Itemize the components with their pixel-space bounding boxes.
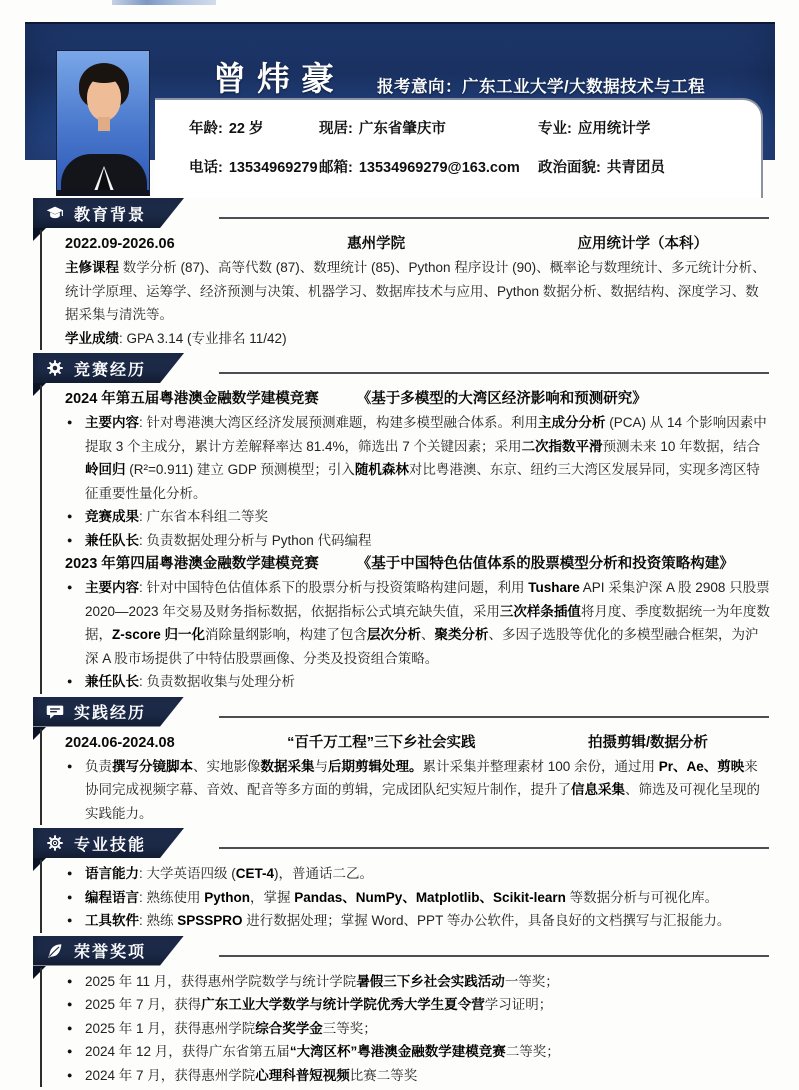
section-left-rule	[40, 968, 42, 1088]
info-phone-value: 13534969279	[229, 160, 318, 176]
section-rule	[219, 716, 769, 718]
list-item: 负责撰写分镜脚本、实地影像数据采集与后期剪辑处理。累计采集并整理素材 100 余…	[65, 755, 770, 826]
section-header-row: 实践经历	[33, 697, 770, 727]
education-courses: 主修课程 数学分析 (87)、高等代数 (87)、数理统计 (85)、Pytho…	[65, 256, 770, 327]
section-header-row: 荣誉奖项	[33, 936, 770, 966]
person-name: 曾炜豪	[213, 53, 345, 100]
chat-bubble-icon	[46, 703, 64, 721]
info-age: 年龄:22 岁	[189, 118, 319, 140]
section-header-row: 专业技能	[33, 828, 770, 858]
section-rule	[219, 847, 769, 849]
info-email-value: 13534969279@163.com	[359, 160, 520, 176]
section-skills: 专业技能 语言能力: 大学英语四级 (CET-4)，普通话二乙。 编程语言: 熟…	[33, 828, 770, 936]
section-title: 实践经历	[74, 700, 146, 723]
competition-title-row: 2024 年第五届粤港澳金融数学建模竞赛 《基于多模型的大湾区经济影响和预测研究…	[65, 387, 770, 411]
section-title: 专业技能	[74, 832, 146, 855]
bullet-icon	[67, 862, 72, 886]
section-title: 教育背景	[74, 202, 146, 225]
section-title: 竞赛经历	[74, 357, 146, 380]
list-item: 2025 年 1 月，获得惠州学院综合奖学金三等奖；	[65, 1017, 770, 1041]
info-major-label: 专业:	[538, 121, 572, 137]
competition-role: 兼任队长: 负责数据收集与处理分析	[85, 674, 295, 689]
list-item: 2025 年 11 月，获得惠州学院数学与统计学院暑假三下乡社会实践活动一等奖；	[65, 970, 770, 994]
section-left-rule	[40, 860, 42, 933]
list-item: 主要内容: 针对粤港澳大湾区经济发展预测难题，构建多模型融合体系。利用主成分分析…	[65, 411, 770, 505]
bullet-icon	[67, 1064, 72, 1088]
photo-face	[87, 77, 121, 121]
section-left-rule	[40, 385, 42, 694]
photo-neck	[98, 117, 110, 131]
education-header-row: 2022.09-2026.06 惠州学院 应用统计学（本科）	[65, 232, 770, 256]
contact-info-card: 年龄:22 岁 现居:广东省肇庆市 专业:应用统计学 电话:1353496927…	[155, 98, 763, 198]
gear-outline-icon	[46, 834, 64, 852]
bullet-icon	[67, 505, 72, 529]
section-practice: 实践经历 2024.06-2024.08 “百千万工程”三下乡社会实践 拍摄剪辑…	[33, 697, 770, 829]
practice-header-row: 2024.06-2024.08 “百千万工程”三下乡社会实践 拍摄剪辑/数据分析	[65, 731, 770, 755]
education-period: 2022.09-2026.06	[65, 232, 175, 256]
competition-main-content: 主要内容: 针对中国特色估值体系下的股票分析与投资策略构建问题，利用 Tusha…	[85, 580, 770, 666]
info-email: 邮箱:13534969279@163.com	[319, 157, 538, 179]
list-item: 竞赛成果: 广东省本科组二等奖	[65, 505, 770, 529]
practice-body: 2024.06-2024.08 “百千万工程”三下乡社会实践 拍摄剪辑/数据分析…	[33, 727, 770, 829]
section-rule	[219, 217, 769, 219]
info-age-value: 22 岁	[229, 121, 264, 137]
section-header-competitions: 竞赛经历	[33, 353, 184, 383]
practice-content: 负责撰写分镜脚本、实地影像数据采集与后期剪辑处理。累计采集并整理素材 100 余…	[85, 759, 760, 821]
list-item: 兼任队长: 负责数据收集与处理分析	[65, 670, 770, 694]
awards-body: 2025 年 11 月，获得惠州学院数学与统计学院暑假三下乡社会实践活动一等奖；…	[33, 966, 770, 1090]
skill-language: 语言能力: 大学英语四级 (CET-4)，普通话二乙。	[85, 866, 373, 881]
photo-fringe	[85, 67, 123, 83]
gear-icon	[46, 359, 64, 377]
list-item: 工具软件: 熟练 SPSSPRO 进行数据处理；掌握 Word、PPT 等办公软…	[65, 909, 770, 933]
section-left-rule	[40, 729, 42, 826]
competition-role: 兼任队长: 负责数据处理分析与 Python 代码编程	[85, 533, 372, 548]
resume-content: 教育背景 2022.09-2026.06 惠州学院 应用统计学（本科） 主修课程…	[33, 198, 770, 1090]
practice-name: “百千万工程”三下乡社会实践	[287, 731, 476, 755]
competition-main-content: 主要内容: 针对粤港澳大湾区经济发展预测难题，构建多模型融合体系。利用主成分分析…	[85, 415, 767, 501]
bullet-icon	[67, 411, 72, 435]
skill-tools: 工具软件: 熟练 SPSSPRO 进行数据处理；掌握 Word、PPT 等办公软…	[85, 913, 730, 928]
info-phone-label: 电话:	[189, 160, 223, 176]
section-header-awards: 荣誉奖项	[33, 936, 184, 966]
section-competitions: 竞赛经历 2024 年第五届粤港澳金融数学建模竞赛 《基于多模型的大湾区经济影响…	[33, 353, 770, 697]
info-major-value: 应用统计学	[578, 121, 651, 137]
competition-paper: 《基于中国特色估值体系的股票模型分析和投资策略构建》	[357, 552, 734, 576]
section-header-skills: 专业技能	[33, 828, 184, 858]
section-header-practice: 实践经历	[33, 697, 184, 727]
section-header-education: 教育背景	[33, 198, 184, 228]
bullet-icon	[67, 886, 72, 910]
bullet-icon	[67, 670, 72, 694]
info-political: 政治面貌:共青团员	[538, 157, 761, 179]
list-item: 编程语言: 熟练使用 Python，掌握 Pandas、NumPy、Matplo…	[65, 886, 770, 910]
award-item: 2025 年 11 月，获得惠州学院数学与统计学院暑假三下乡社会实践活动一等奖；	[85, 974, 559, 989]
graduation-cap-icon	[46, 204, 64, 222]
education-body: 2022.09-2026.06 惠州学院 应用统计学（本科） 主修课程 数学分析…	[33, 228, 770, 353]
competition-name: 2023 年第四届粤港澳金融数学建模竞赛	[65, 552, 319, 576]
practice-period: 2024.06-2024.08	[65, 731, 175, 755]
contact-info-grid: 年龄:22 岁 现居:广东省肇庆市 专业:应用统计学 电话:1353496927…	[155, 100, 761, 179]
skill-programming: 编程语言: 熟练使用 Python，掌握 Pandas、NumPy、Matplo…	[85, 890, 718, 905]
bullet-icon	[67, 755, 72, 779]
education-school: 惠州学院	[347, 232, 405, 256]
award-item: 2024 年 7 月，获得惠州学院心理科普短视频比赛二等奖	[85, 1068, 417, 1083]
scan-artifact	[112, 0, 216, 5]
photo-tie	[97, 168, 111, 192]
resume-page: 年龄:22 岁 现居:广东省肇庆市 专业:应用统计学 电话:1353496927…	[0, 0, 799, 1090]
section-title: 荣誉奖项	[74, 939, 146, 962]
section-rule	[219, 372, 769, 374]
list-item: 兼任队长: 负责数据处理分析与 Python 代码编程	[65, 529, 770, 553]
info-residence-label: 现居:	[319, 121, 353, 137]
competition-title-row: 2023 年第四届粤港澳金融数学建模竞赛 《基于中国特色估值体系的股票模型分析和…	[65, 552, 770, 576]
info-political-value: 共青团员	[607, 160, 665, 176]
info-political-label: 政治面貌:	[538, 160, 601, 176]
leaf-icon	[46, 942, 64, 960]
competition-name: 2024 年第五届粤港澳金融数学建模竞赛	[65, 387, 319, 411]
section-rule	[219, 955, 769, 957]
bullet-icon	[67, 1017, 72, 1041]
application-intent: 报考意向：广东工业大学/大数据技术与工程	[377, 73, 705, 97]
list-item: 2025 年 7 月，获得广东工业大学数学与统计学院优秀大学生夏令营学习证明；	[65, 993, 770, 1017]
competitions-body: 2024 年第五届粤港澳金融数学建模竞赛 《基于多模型的大湾区经济影响和预测研究…	[33, 383, 770, 697]
section-education: 教育背景 2022.09-2026.06 惠州学院 应用统计学（本科） 主修课程…	[33, 198, 770, 353]
practice-role: 拍摄剪辑/数据分析	[588, 731, 708, 755]
info-email-label: 邮箱:	[319, 160, 353, 176]
education-gpa: 学业成绩: GPA 3.14 (专业排名 11/42)	[65, 327, 770, 351]
list-item: 语言能力: 大学英语四级 (CET-4)，普通话二乙。	[65, 862, 770, 886]
id-photo	[56, 50, 150, 196]
info-residence-value: 广东省肇庆市	[359, 121, 446, 137]
list-item: 主要内容: 针对中国特色估值体系下的股票分析与投资策略构建问题，利用 Tusha…	[65, 576, 770, 670]
award-item: 2024 年 12 月，获得广东省第五届“大湾区杯”粤港澳金融数学建模竞赛二等奖…	[85, 1044, 560, 1059]
education-degree: 应用统计学（本科）	[578, 232, 709, 256]
section-awards: 荣誉奖项 2025 年 11 月，获得惠州学院数学与统计学院暑假三下乡社会实践活…	[33, 936, 770, 1090]
competition-result: 竞赛成果: 广东省本科组二等奖	[85, 509, 268, 524]
skills-body: 语言能力: 大学英语四级 (CET-4)，普通话二乙。 编程语言: 熟练使用 P…	[33, 858, 770, 936]
info-phone: 电话:13534969279	[189, 157, 319, 179]
award-item: 2025 年 1 月，获得惠州学院综合奖学金三等奖；	[85, 1021, 377, 1036]
competition-paper: 《基于多模型的大湾区经济影响和预测研究》	[357, 387, 647, 411]
section-left-rule	[40, 230, 42, 350]
list-item: 2024 年 7 月，获得惠州学院心理科普短视频比赛二等奖	[65, 1064, 770, 1088]
bullet-icon	[67, 1040, 72, 1064]
info-age-label: 年龄:	[189, 121, 223, 137]
info-residence: 现居:广东省肇庆市	[319, 118, 538, 140]
section-header-row: 教育背景	[33, 198, 770, 228]
award-item: 2025 年 7 月，获得广东工业大学数学与统计学院优秀大学生夏令营学习证明；	[85, 997, 552, 1012]
bullet-icon	[67, 909, 72, 933]
bullet-icon	[67, 993, 72, 1017]
list-item: 2024 年 12 月，获得广东省第五届“大湾区杯”粤港澳金融数学建模竞赛二等奖…	[65, 1040, 770, 1064]
bullet-icon	[67, 576, 72, 600]
bullet-icon	[67, 970, 72, 994]
info-major: 专业:应用统计学	[538, 118, 761, 140]
section-header-row: 竞赛经历	[33, 353, 770, 383]
bullet-icon	[67, 529, 72, 553]
